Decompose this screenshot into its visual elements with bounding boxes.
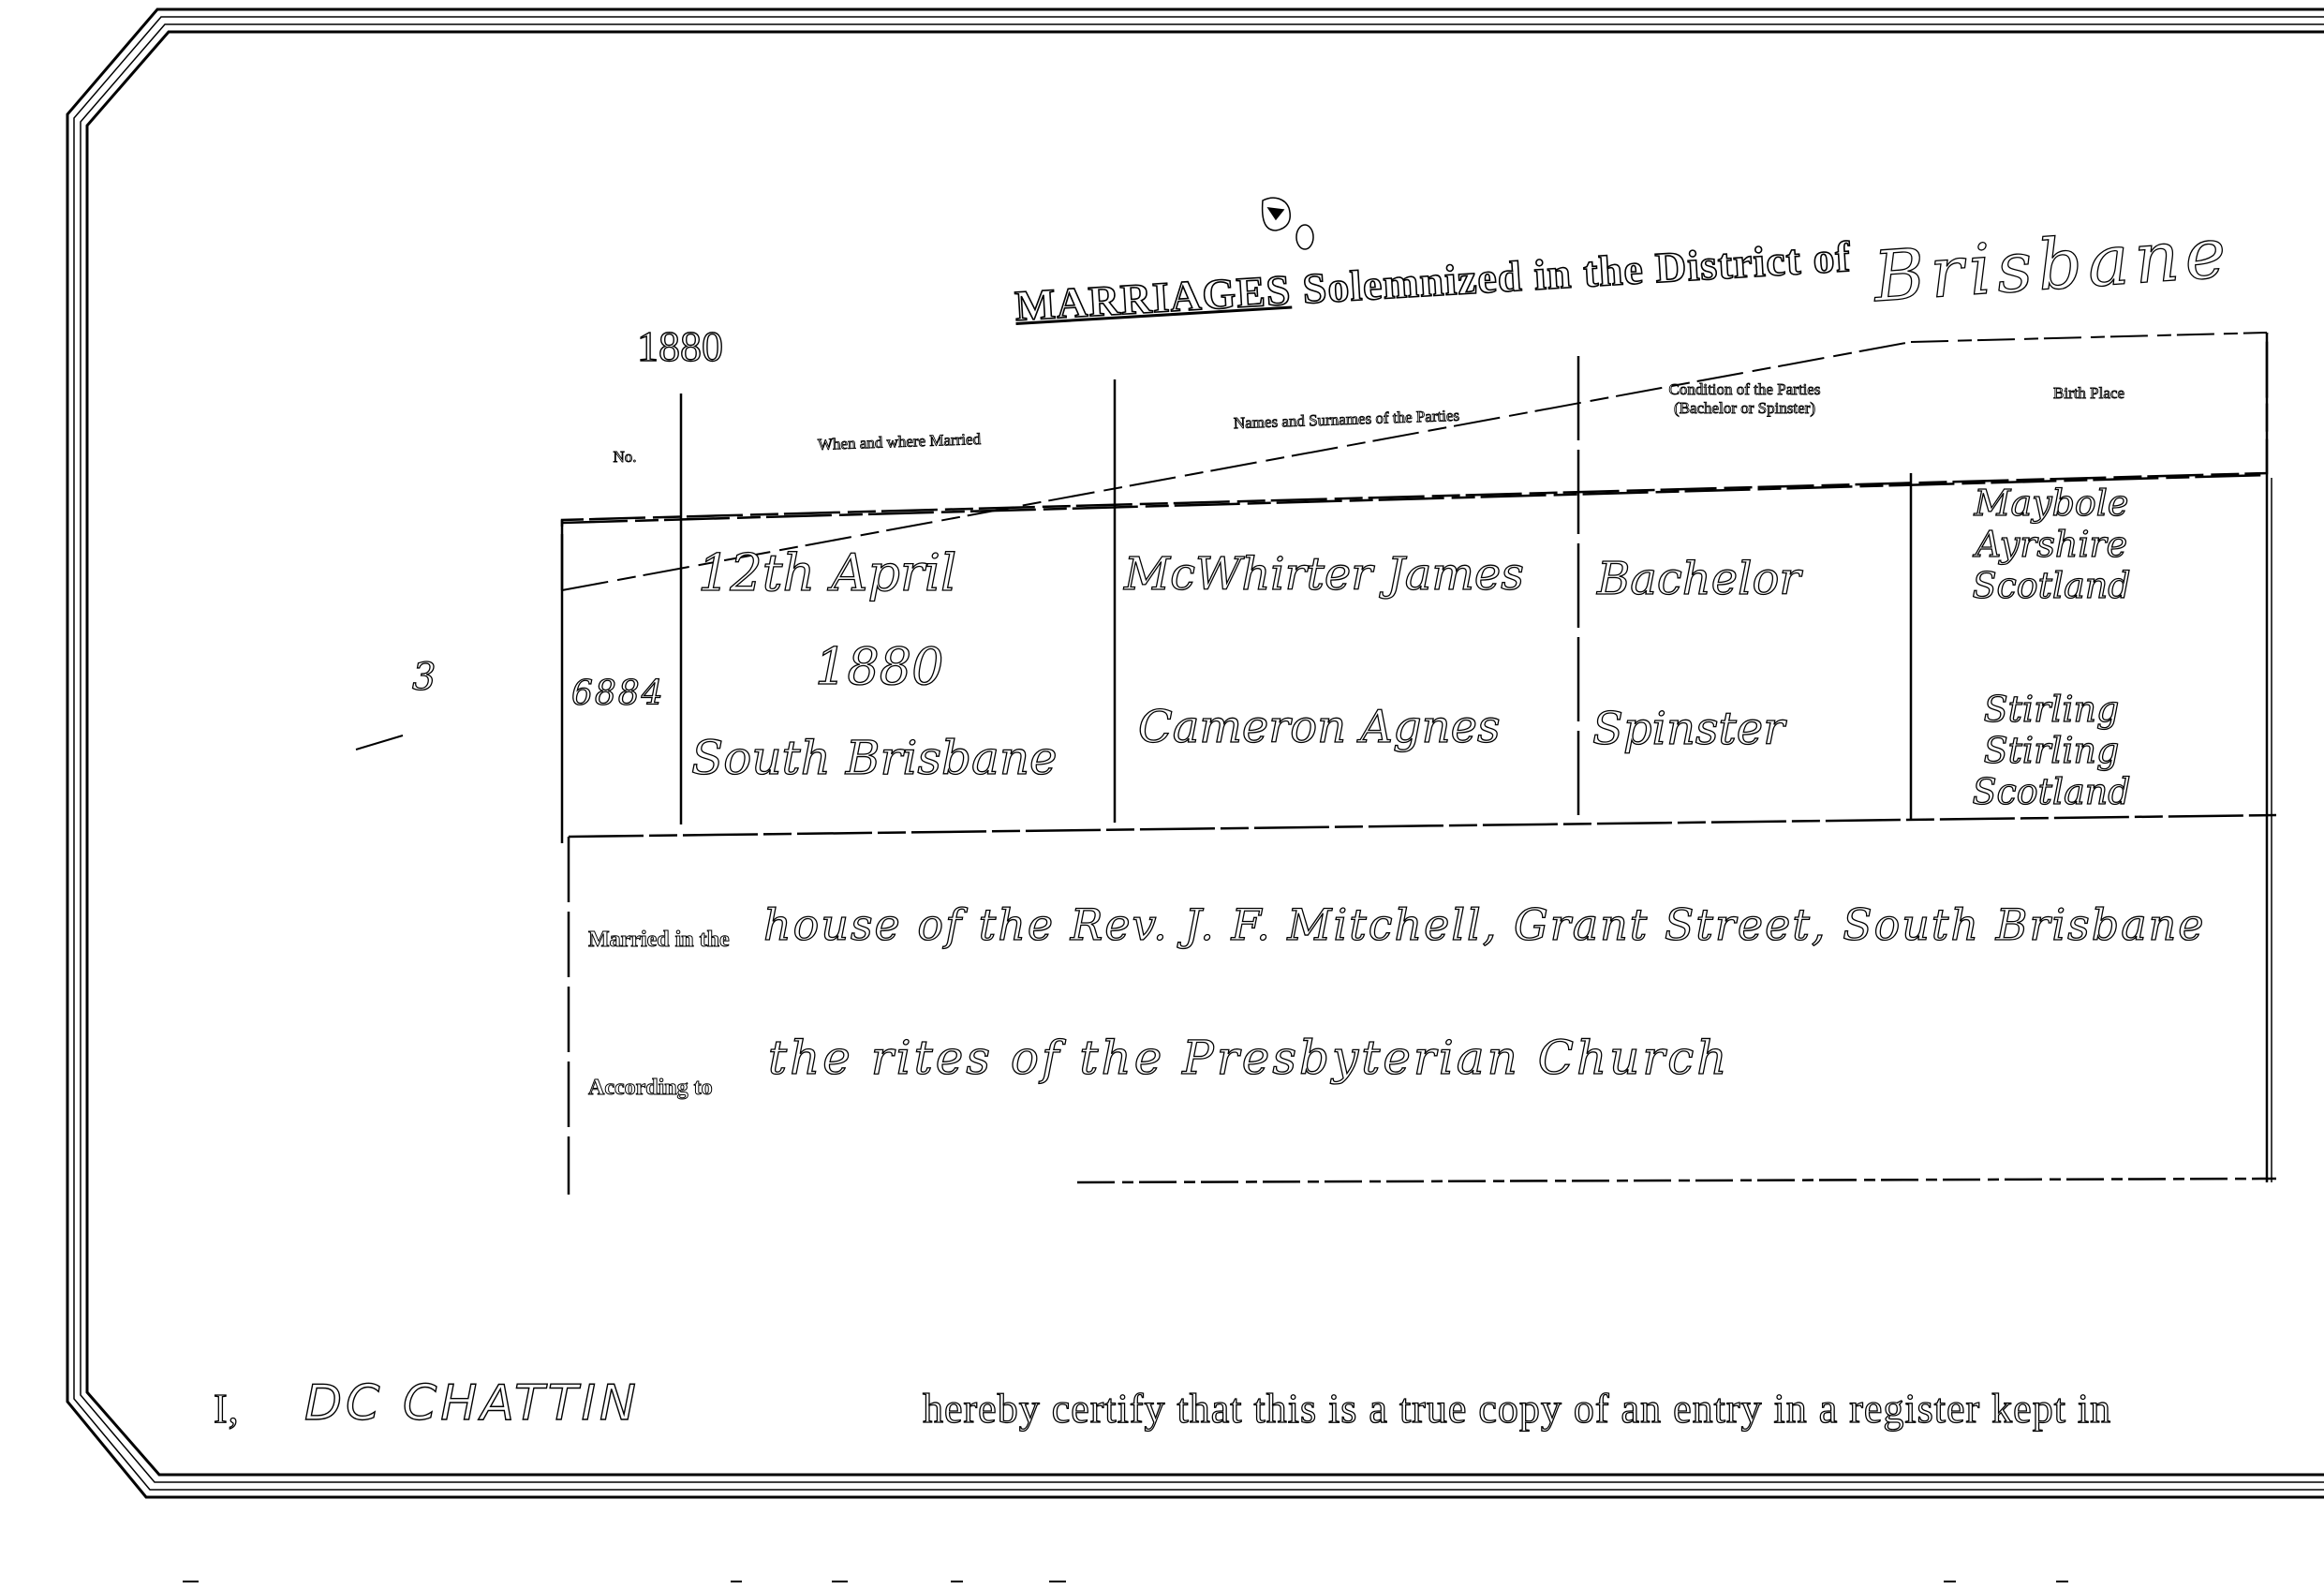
bride-condition: Spinster [1592,703,1784,755]
according-to-value: the rites of the Presbyterian Church [768,1031,1729,1085]
header-condition-line1: Condition of the Parties [1583,380,1906,399]
header-condition-line2: (Bachelor or Spinster) [1583,399,1906,418]
header-birth-place: Birth Place [1916,384,2262,403]
groom-birthplace-country: Scotland [1930,565,2173,606]
entry-number: 6884 [571,675,665,713]
groom-name: McWhirter James [1124,548,1524,601]
married-in-value: house of the Rev. J. F. Mitchell, Grant … [763,899,2205,950]
groom-birthplace-town: Maybole [1930,483,2173,524]
register-year: 1880 [637,321,723,371]
cert-prefix: I, [214,1385,240,1433]
groom-condition: Bachelor [1597,553,1800,605]
entry-year: 1880 [815,637,943,696]
groom-birthplace: Maybole Ayrshire Scotland [1930,483,2173,606]
header-condition: Condition of the Parties (Bachelor or Sp… [1583,380,1906,418]
bride-birthplace-town: Stirling [1930,689,2173,730]
margin-mark: 3 [412,656,436,699]
according-to-label: According to [588,1076,713,1101]
registrar-name: DC CHATTIN [304,1375,640,1432]
bride-birthplace-country: Scotland [1930,771,2173,812]
entry-place: South Brisbane [691,731,1058,785]
groom-birthplace-county: Ayrshire [1930,524,2173,565]
header-no: No. [573,448,676,467]
certification-statement: hereby certify that this is a true copy … [923,1385,2111,1433]
married-in-label: Married in the [588,928,730,953]
bride-name: Cameron Agnes [1138,701,1501,753]
bride-birthplace: Stirling Stirling Scotland [1930,689,2173,812]
bride-birthplace-county: Stirling [1930,730,2173,771]
entry-date: 12th April [698,543,956,602]
ink-blot [1263,198,1313,249]
